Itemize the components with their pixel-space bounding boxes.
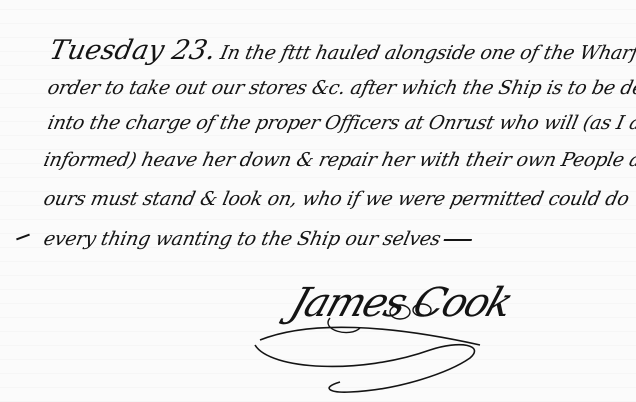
line-text: every thing wanting to the Ship our selv… bbox=[42, 228, 443, 250]
line-end-dash bbox=[444, 239, 472, 241]
signature: James Cook bbox=[285, 280, 518, 326]
journal-line-4: informed) heave her down & repair her wi… bbox=[42, 149, 636, 171]
journal-line-1: Tuesday 23. In the fttt hauled alongside… bbox=[47, 35, 636, 66]
entry-date: Tuesday 23. bbox=[47, 35, 219, 66]
journal-line-5: ours must stand & look on, who if we wer… bbox=[42, 188, 631, 210]
journal-line-3: into the charge of the proper Officers a… bbox=[46, 112, 636, 134]
line-lead-mark bbox=[16, 234, 30, 241]
journal-line-2: order to take out our stores &c. after w… bbox=[46, 77, 636, 99]
journal-line-6: every thing wanting to the Ship our selv… bbox=[42, 228, 475, 250]
line-text: In the fttt hauled alongside one of the … bbox=[218, 42, 636, 64]
manuscript-page: Tuesday 23. In the fttt hauled alongside… bbox=[0, 0, 636, 402]
